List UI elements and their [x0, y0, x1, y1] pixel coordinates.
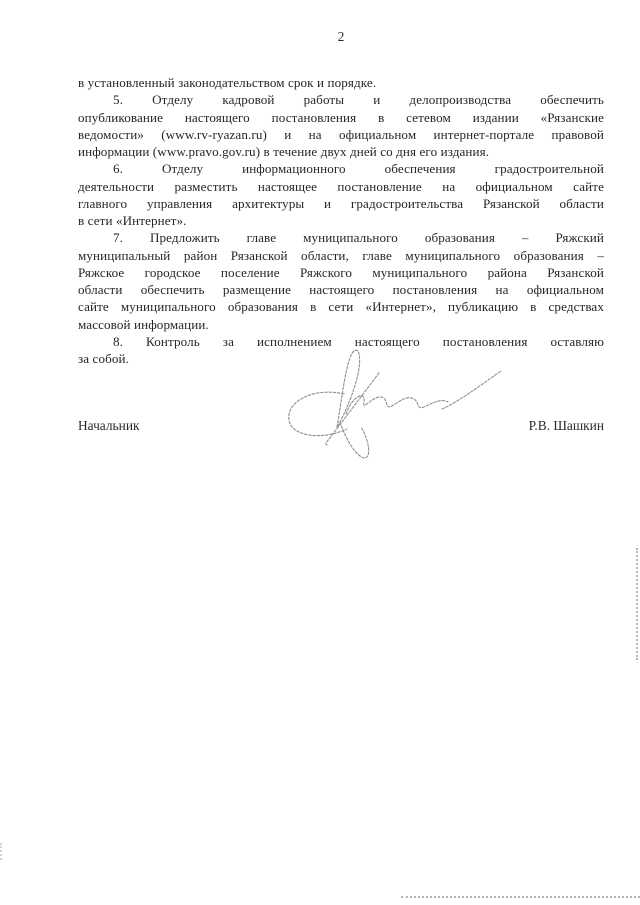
text-line: в установленный законодательством срок и…: [78, 74, 604, 91]
signoff-row: Начальник Р.В. Шашкин: [78, 418, 604, 434]
text-line: сайте муниципального образования в сети …: [78, 298, 604, 315]
scan-artifact-right-edge: [636, 548, 638, 660]
text-line: опубликование настоящего постановления в…: [78, 109, 604, 126]
text-line: деятельности разместить настоящее постан…: [78, 178, 604, 195]
text-line: Ряжское городское поселение Ряжского мун…: [78, 264, 604, 281]
text-line: ведомости» (www.rv-ryazan.ru) и на офици…: [78, 126, 604, 143]
text-line: 5. Отделу кадровой работы и делопроизвод…: [78, 91, 604, 108]
signoff-name: Р.В. Шашкин: [529, 418, 604, 434]
text-line: информации (www.pravo.gov.ru) в течение …: [78, 143, 604, 160]
text-line: 6. Отделу информационного обеспечения гр…: [78, 160, 604, 177]
handwritten-signature: [280, 344, 505, 466]
text-line: массовой информации.: [78, 316, 604, 333]
scanned-document-page: 2 в установленный законодательством срок…: [0, 0, 640, 905]
text-line: 7. Предложить главе муниципального образ…: [78, 229, 604, 246]
text-line: главного управления архитектуры и градос…: [78, 195, 604, 212]
text-line: области обеспечить размещение настоящего…: [78, 281, 604, 298]
scan-artifact-bottom-edge: [401, 896, 640, 898]
document-body: в установленный законодательством срок и…: [78, 74, 604, 367]
text-line: муниципальный район Рязанской области, г…: [78, 247, 604, 264]
scan-artifact-left-edge: [0, 843, 2, 860]
page-number: 2: [78, 29, 604, 45]
signoff-position-label: Начальник: [78, 418, 140, 434]
text-line: в сети «Интернет».: [78, 212, 604, 229]
